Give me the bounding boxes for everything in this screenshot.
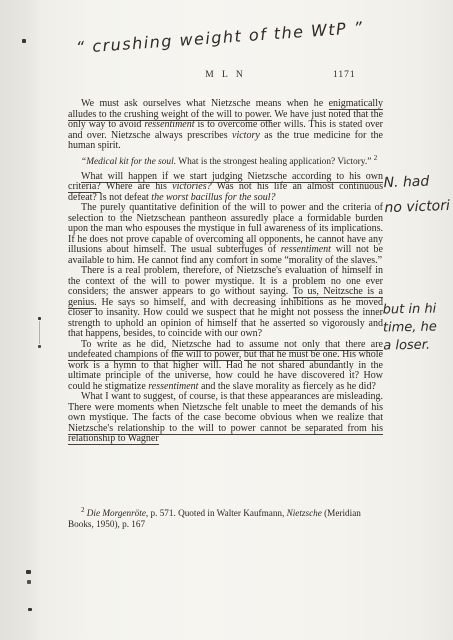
text-segment: Where are his	[101, 181, 172, 192]
margin-note-line: N. had	[383, 169, 449, 196]
paragraph-2: What will happen if we start judging Nie…	[68, 172, 383, 204]
margin-note-line: time, he	[383, 319, 437, 338]
text-segment: the worst bacillus for the soul?	[151, 192, 275, 203]
paragraph-6: What I want to suggest, of course, is th…	[68, 392, 383, 445]
text-segment: , p. 571. Quoted in Walter Kaufmann,	[146, 508, 287, 518]
text-segment: Nietzsche	[287, 508, 322, 518]
text-segment: 2	[81, 506, 85, 514]
scan-speck	[38, 345, 41, 348]
text-segment: Die Morgenröte	[87, 508, 146, 518]
scan-speck	[38, 317, 41, 320]
text-segment: What is the strongest healing applicatio…	[176, 157, 374, 167]
margin-note-a-loser: but in hitime, hea loser.	[383, 301, 438, 356]
scanned-journal-page: “ crushing weight of the WtP ” M L N 117…	[0, 0, 453, 640]
block-quote: “Medical kit for the soul. What is the s…	[81, 157, 383, 167]
text-segment: He says so himself, and with decreasing …	[68, 297, 383, 340]
text-segment: What I want to suggest, of course, is th…	[68, 391, 383, 423]
text-segment: and the slave morality as fiercely as he…	[198, 381, 375, 392]
scan-speck	[27, 580, 31, 584]
margin-note-no-victories: N. hadno victori	[383, 169, 450, 221]
text-segment: 2	[374, 153, 378, 161]
scan-speck	[22, 39, 26, 43]
paragraph-4: There is a real problem, therefore, of N…	[68, 266, 383, 340]
footnote: 2 Die Morgenröte, p. 571. Quoted in Walt…	[68, 508, 383, 530]
scan-speck	[26, 570, 31, 574]
body-text: We must ask ourselves what Nietzsche mea…	[68, 99, 383, 445]
margin-note-line: a loser.	[383, 337, 437, 356]
text-segment: victory	[232, 130, 260, 141]
paragraph-3: The purely quantitative definition of th…	[68, 203, 383, 266]
margin-note-line: no victori	[384, 194, 450, 221]
text-segment: ressentiment	[144, 119, 194, 130]
text-segment: We must ask ourselves what Nietzsche mea…	[81, 98, 329, 109]
text-segment: “Medical kit for the soul.	[81, 157, 176, 167]
hand-underlined-text: Nietzsche's relationship to the will to …	[68, 423, 383, 446]
text-segment: To write as he did,	[81, 339, 172, 350]
page-number: 1171	[333, 70, 356, 80]
margin-note-line: but in hi	[383, 301, 437, 320]
pen-scratch-mark	[39, 321, 40, 344]
text-segment: victories?	[172, 181, 211, 192]
scan-speck	[28, 608, 32, 611]
text-segment: ressentiment	[148, 381, 198, 392]
handwritten-title-annotation: “ crushing weight of the WtP ”	[75, 16, 396, 57]
paragraph-5: To write as he did, Nietzsche had to ass…	[68, 340, 383, 393]
text-segment: ressentiment	[281, 244, 331, 255]
paragraph-1: We must ask ourselves what Nietzsche mea…	[68, 99, 383, 152]
